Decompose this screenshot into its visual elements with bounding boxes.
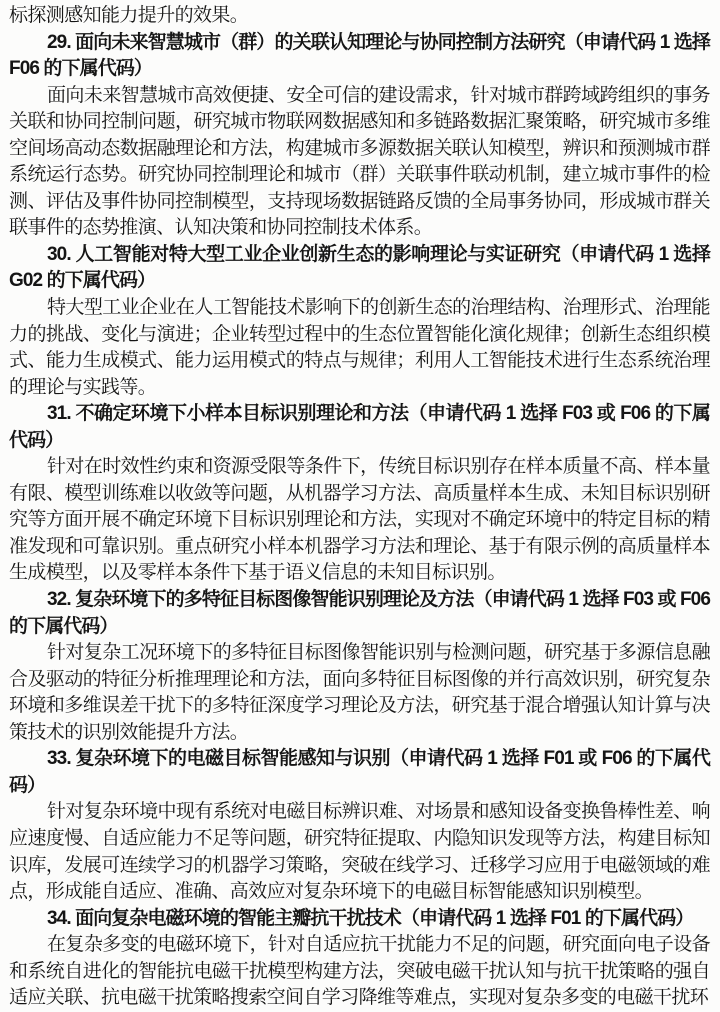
topic-32-description: 针对复杂工况环境下的多特征目标图像智能识别与检测问题，研究基于多源信息融合及驱动… <box>9 640 710 746</box>
topic-29-description: 面向未来智慧城市高效便捷、安全可信的建设需求，针对城市群跨域跨组织的事务关联和协… <box>9 83 710 242</box>
topic-34-description: 在复杂多变的电磁环境下，针对自适应抗干扰能力不足的问题，研究面向电子设备和系统自… <box>9 932 710 1012</box>
topic-section-32: 32. 复杂环境下的多特征目标图像智能识别理论及方法（申请代码 1 选择 F03… <box>9 587 710 746</box>
topic-30-title: 30. 人工智能对特大型工业企业创新生态的影响理论与实证研究（申请代码 1 选择… <box>9 242 710 295</box>
topic-34-title: 34. 面向复杂电磁环境的智能主瓣抗干扰技术（申请代码 1 选择 F01 的下属… <box>9 906 710 933</box>
topic-31-description: 针对在时效性约束和资源受限等条件下，传统目标识别存在样本质量不高、样本量有限、模… <box>9 454 710 587</box>
topic-32-title: 32. 复杂环境下的多特征目标图像智能识别理论及方法（申请代码 1 选择 F03… <box>9 587 710 640</box>
topic-section-34: 34. 面向复杂电磁环境的智能主瓣抗干扰技术（申请代码 1 选择 F01 的下属… <box>9 906 710 1012</box>
document-page: 标探测感知能力提升的效果。 29. 面向未来智慧城市（群）的关联认知理论与协同控… <box>0 0 720 1012</box>
topic-section-29: 29. 面向未来智慧城市（群）的关联认知理论与协同控制方法研究（申请代码 1 选… <box>9 30 710 242</box>
topic-33-title: 33. 复杂环境下的电磁目标智能感知与识别（申请代码 1 选择 F01 或 F0… <box>9 746 710 799</box>
topic-30-description: 特大型工业企业在人工智能技术影响下的创新生态的治理结构、治理形式、治理能力的挑战… <box>9 295 710 401</box>
topic-section-30: 30. 人工智能对特大型工业企业创新生态的影响理论与实证研究（申请代码 1 选择… <box>9 242 710 401</box>
topic-33-description: 针对复杂环境中现有系统对电磁目标辨识难、对场景和感知设备变换鲁棒性差、响应速度慢… <box>9 799 710 905</box>
paragraph-continuation: 标探测感知能力提升的效果。 <box>9 3 710 30</box>
topic-29-title: 29. 面向未来智慧城市（群）的关联认知理论与协同控制方法研究（申请代码 1 选… <box>9 30 710 83</box>
topic-section-31: 31. 不确定环境下小样本目标识别理论和方法（申请代码 1 选择 F03 或 F… <box>9 401 710 587</box>
topic-section-33: 33. 复杂环境下的电磁目标智能感知与识别（申请代码 1 选择 F01 或 F0… <box>9 746 710 905</box>
topic-31-title: 31. 不确定环境下小样本目标识别理论和方法（申请代码 1 选择 F03 或 F… <box>9 401 710 454</box>
